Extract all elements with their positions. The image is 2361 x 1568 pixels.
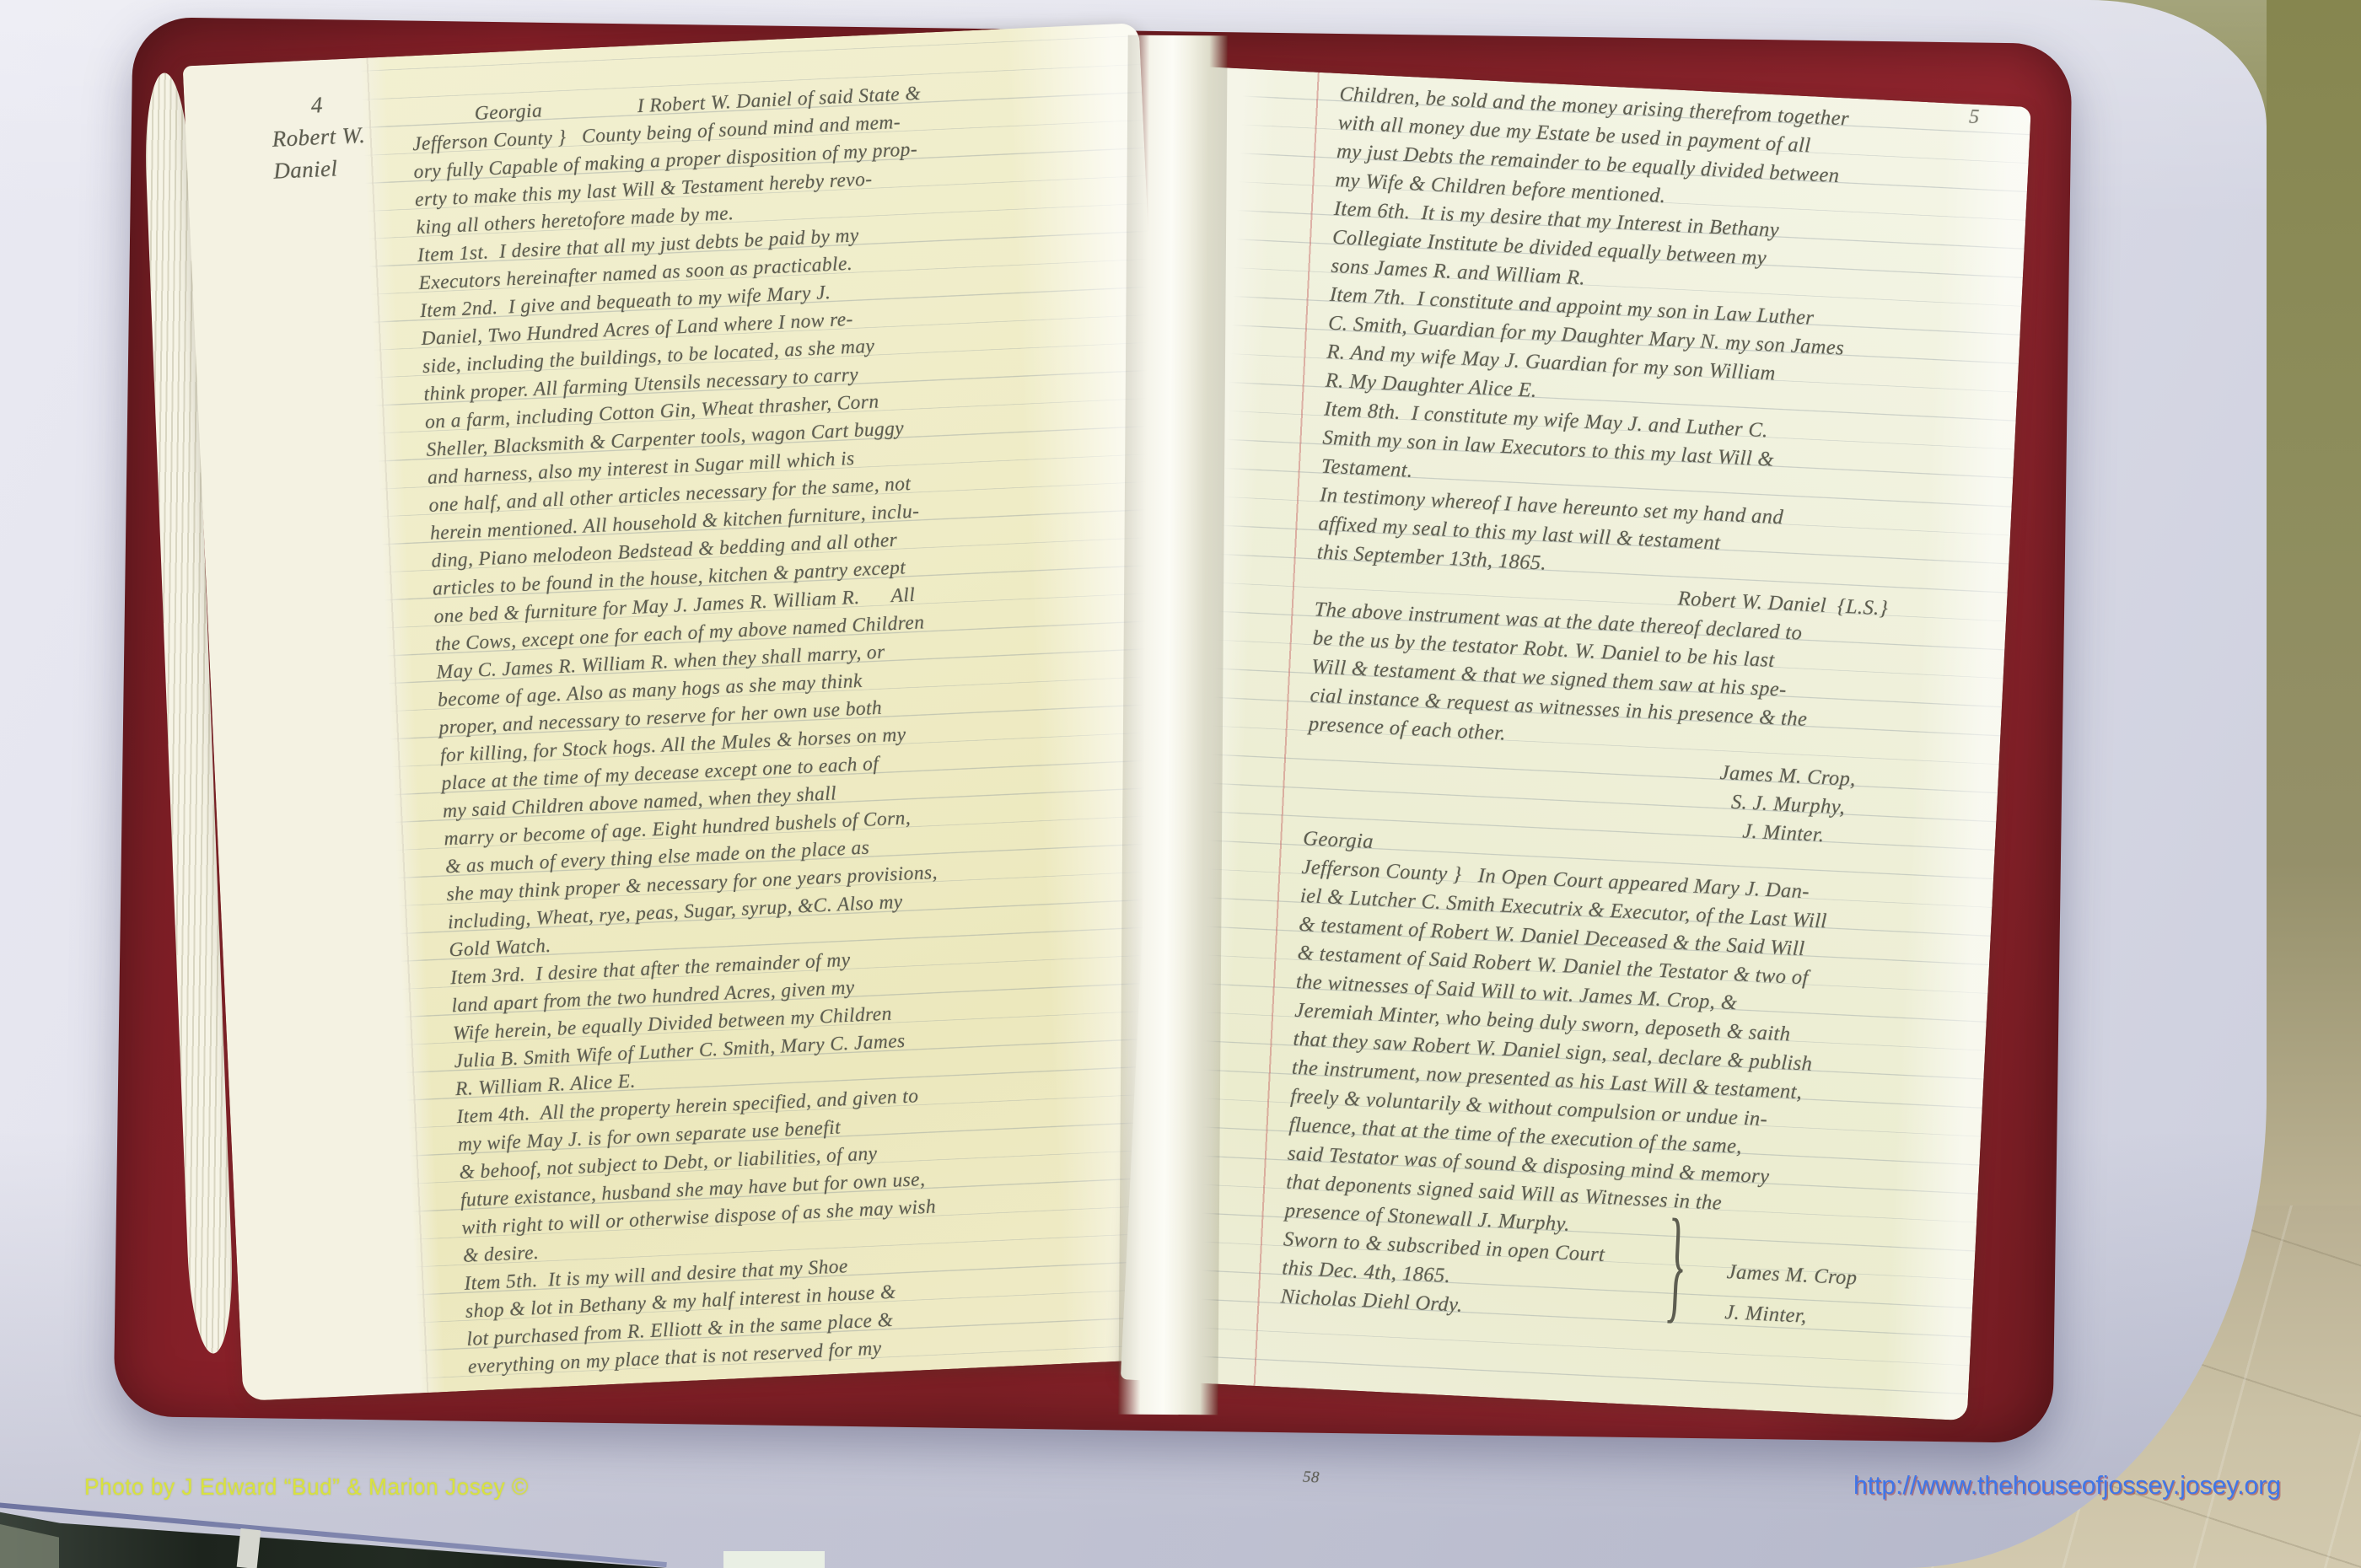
website-watermark: http://www.thehouseofjossey.josey.org: [1853, 1470, 2281, 1501]
margin-note-line: Daniel: [273, 151, 368, 187]
table-edge-highlight: [723, 1551, 825, 1568]
chair-leg: [237, 1528, 261, 1568]
court-witness-signature: J. Minter,: [1724, 1301, 1807, 1329]
court-witness-block: } James M. Crop J. Minter,: [1661, 1206, 1972, 1388]
margin-note-line: Robert W.: [272, 119, 366, 155]
book-page-left: 4 Robert W. Daniel Georgia I Robert W. D…: [183, 23, 1200, 1401]
handwritten-text-left: Georgia I Robert W. Daniel of said State…: [411, 70, 1193, 1381]
page-bottom-mark: 58: [1302, 1468, 1320, 1487]
handwritten-text-right: Children, be sold and the money arising …: [1280, 80, 2030, 1345]
page-number-left: 4: [270, 87, 364, 123]
margin-note: 4 Robert W. Daniel: [270, 87, 368, 187]
book-page-right: 5 Children, be sold and the money arisin…: [1121, 66, 2031, 1420]
photo-credit-watermark: Photo by J Edward “Bud” & Marion Josey ©: [84, 1474, 529, 1501]
court-witness-signature: James M. Crop: [1726, 1260, 1858, 1291]
book-gutter: [1118, 35, 1227, 1415]
